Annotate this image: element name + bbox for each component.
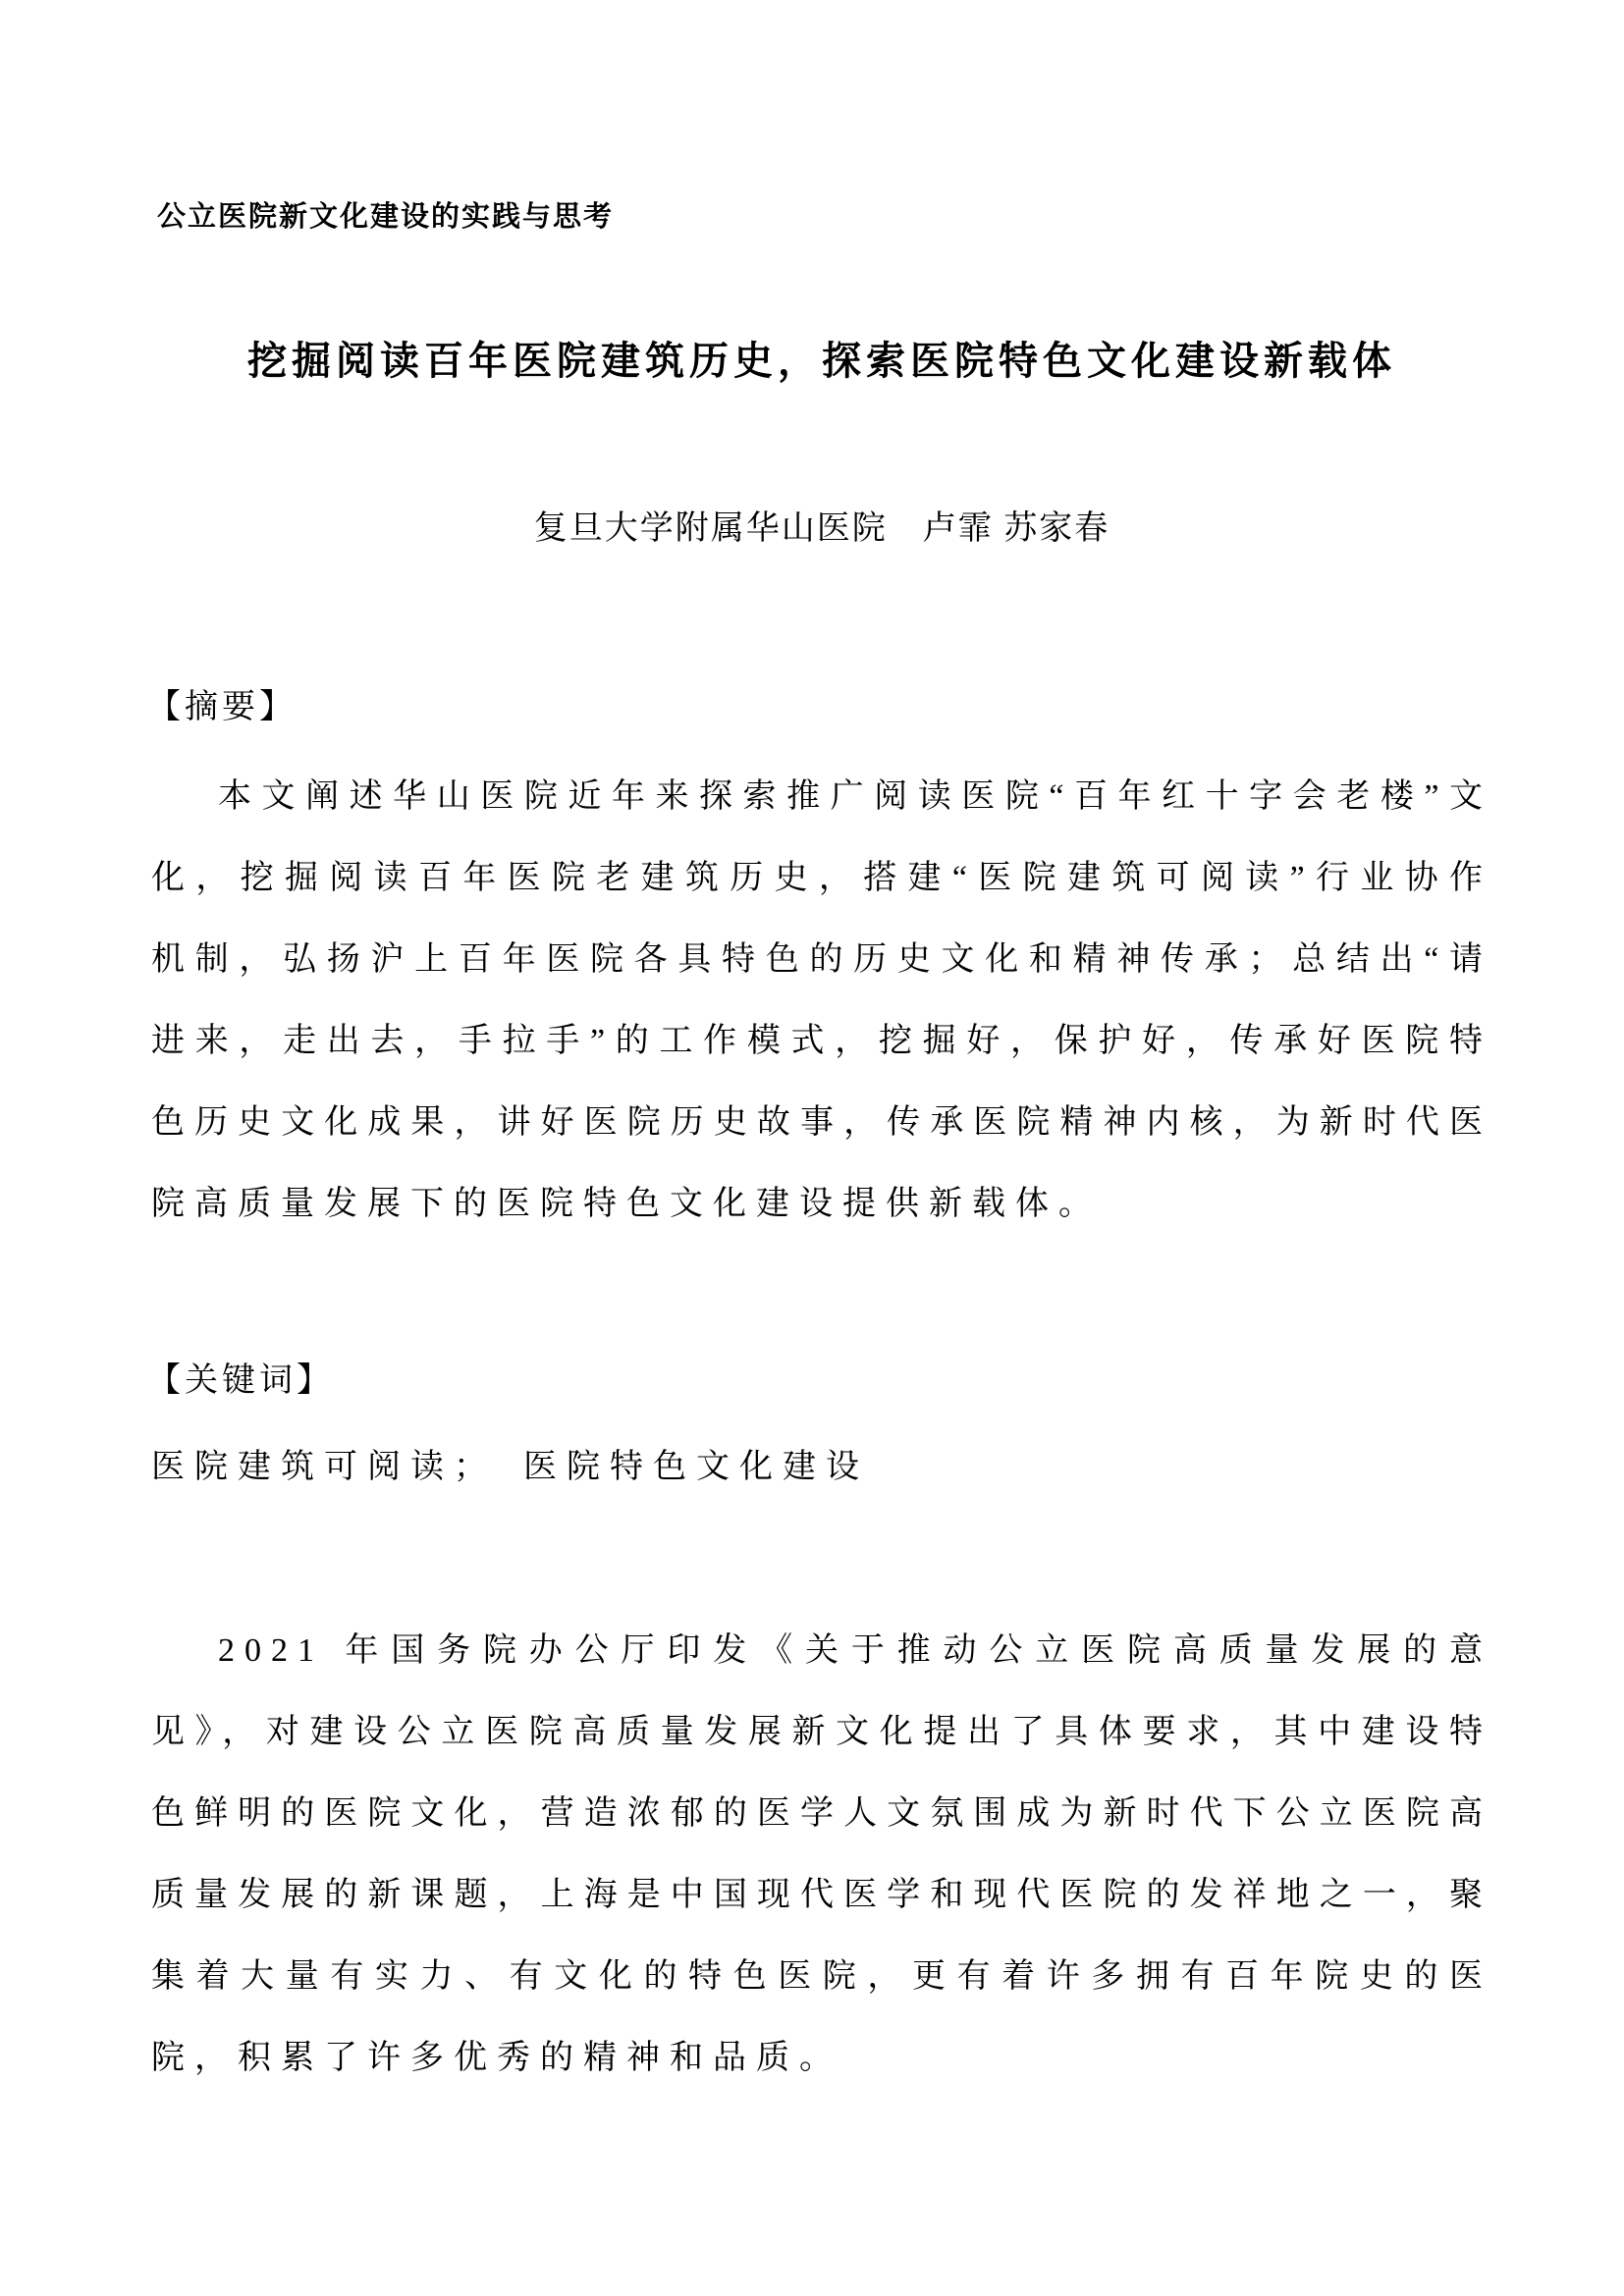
body-paragraph: 2021 年国务院办公厅印发《关于推动公立医院高质量发展的意见》，对建设公立医院… [151, 1610, 1492, 2099]
running-header: 公立医院新文化建设的实践与思考 [157, 194, 614, 235]
document-page: 公立医院新文化建设的实践与思考 挖掘阅读百年医院建筑历史，探索医院特色文化建设新… [0, 0, 1624, 2296]
document-title: 挖掘阅读百年医院建筑历史，探索医院特色文化建设新载体 [151, 330, 1492, 386]
author-byline: 复旦大学附属华山医院 卢霏 苏家春 [151, 501, 1492, 549]
abstract-section-label: 【摘要】 [147, 679, 297, 727]
abstract-paragraph: 本文阐述华山医院近年来探索推广阅读医院“百年红十字会老楼”文化，挖掘阅读百年医院… [151, 756, 1492, 1245]
keywords-text: 医院建筑可阅读； 医院特色文化建设 [151, 1439, 1492, 1487]
keywords-section-label: 【关键词】 [147, 1353, 334, 1401]
